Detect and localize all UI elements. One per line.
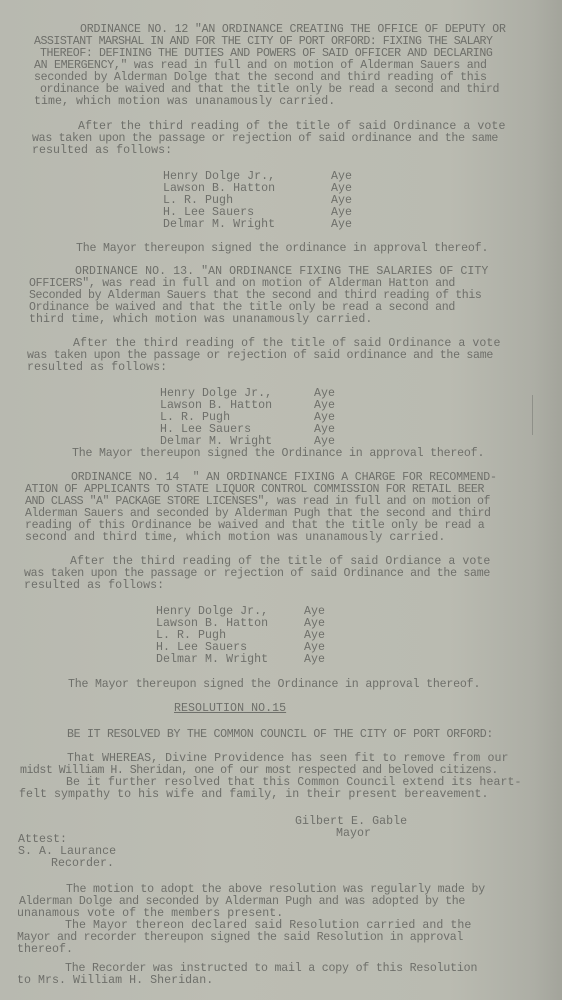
text-line: time, which motion was unanamously carri…	[34, 96, 335, 108]
text-line: felt sympathy to his wife and family, in…	[19, 789, 489, 801]
paper-mark	[532, 395, 533, 435]
resolution-heading: RESOLUTION NO.15	[174, 703, 286, 715]
text-line: second and third time, which motion was …	[25, 532, 445, 544]
voter-name: Delmar M. Wright	[163, 219, 275, 231]
vote-value: Aye	[304, 654, 325, 666]
mayor-title: Mayor	[336, 828, 371, 840]
text-line: resulted as follows:	[32, 145, 172, 157]
recorder-title: Recorder.	[51, 858, 114, 870]
vote-value: Aye	[331, 219, 352, 231]
text-line: resulted as follows:	[27, 362, 167, 374]
ordinance-12-closing: The Mayor thereupon signed the ordinance…	[76, 243, 488, 255]
text-line: thereof.	[17, 944, 73, 956]
text-line: Mayor and recorder thereupon signed the …	[17, 932, 463, 944]
ordinance-14-closing: The Mayor thereupon signed the Ordinance…	[68, 679, 480, 691]
text-line: resulted as follows:	[24, 580, 164, 592]
voter-name: Delmar M. Wright	[156, 654, 268, 666]
document-page: ORDINANCE NO. 12 "AN ORDINANCE CREATING …	[0, 0, 562, 1000]
resolved-statement: BE IT RESOLVED BY THE COMMON COUNCIL OF …	[67, 729, 493, 741]
text-line: to Mrs. William H. Sheridan.	[17, 975, 213, 987]
ordinance-13-closing: The Mayor thereupon signed the Ordinance…	[72, 448, 484, 460]
text-line: third time, which motion was unanamously…	[29, 314, 372, 326]
